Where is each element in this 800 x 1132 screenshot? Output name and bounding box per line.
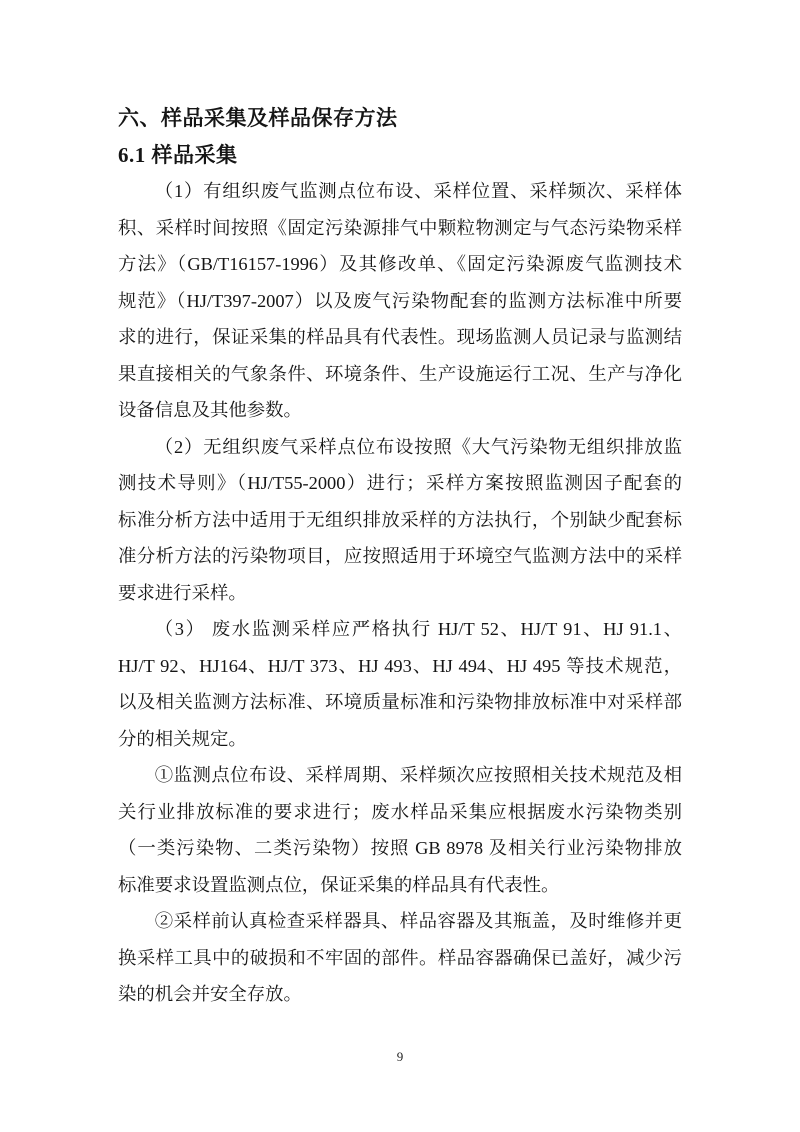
text-line: 以及相关监测方法标准、环境质量标准和污染物排放标准中对采样部 xyxy=(118,684,682,721)
text-line: 要求进行采样。 xyxy=(118,575,682,612)
text-line: HJ/T 92、HJ164、HJ/T 373、HJ 493、HJ 494、HJ … xyxy=(118,648,682,685)
text-line: 设备信息及其他参数。 xyxy=(118,392,682,429)
text-line: （一类污染物、二类污染物）按照 GB 8978 及相关行业污染物排放 xyxy=(118,830,682,867)
text-line: ①监测点位布设、采样周期、采样频次应按照相关技术规范及相 xyxy=(118,757,682,794)
paragraph-5: ②采样前认真检查采样器具、样品容器及其瓶盖，及时维修并更 换采样工具中的破损和不… xyxy=(118,903,682,1013)
text-line: 方法》（GB/T16157-1996）及其修改单、《固定污染源废气监测技术 xyxy=(118,246,682,283)
document-content: 六、样品采集及样品保存方法 6.1 样品采集 （1）有组织废气监测点位布设、采样… xyxy=(118,100,682,1013)
text-line: 染的机会并安全存放。 xyxy=(118,976,682,1013)
text-line: 分的相关规定。 xyxy=(118,721,682,758)
text-line: 标准要求设置监测点位，保证采集的样品具有代表性。 xyxy=(118,867,682,904)
section-heading: 六、样品采集及样品保存方法 xyxy=(118,100,682,137)
page-number: 9 xyxy=(0,1048,800,1066)
text-line: 规范》（HJ/T397-2007）以及废气污染物配套的监测方法标准中所要 xyxy=(118,283,682,320)
text-line: 换采样工具中的破损和不牢固的部件。样品容器确保已盖好，减少污 xyxy=(118,940,682,977)
text-line: 求的进行，保证采集的样品具有代表性。现场监测人员记录与监测结 xyxy=(118,319,682,356)
text-line: ②采样前认真检查采样器具、样品容器及其瓶盖，及时维修并更 xyxy=(118,903,682,940)
paragraph-1: （1）有组织废气监测点位布设、采样位置、采样频次、采样体 积、采样时间按照《固定… xyxy=(118,173,682,429)
paragraph-2: （2）无组织废气采样点位布设按照《大气污染物无组织排放监 测技术导则》（HJ/T… xyxy=(118,429,682,612)
paragraph-4: ①监测点位布设、采样周期、采样频次应按照相关技术规范及相 关行业排放标准的要求进… xyxy=(118,757,682,903)
text-line: 关行业排放标准的要求进行；废水样品采集应根据废水污染物类别 xyxy=(118,794,682,831)
text-line: （1）有组织废气监测点位布设、采样位置、采样频次、采样体 xyxy=(118,173,682,210)
text-line: （3） 废水监测采样应严格执行 HJ/T 52、HJ/T 91、HJ 91.1、 xyxy=(118,611,682,648)
text-line: 果直接相关的气象条件、环境条件、生产设施运行工况、生产与净化 xyxy=(118,356,682,393)
paragraph-3: （3） 废水监测采样应严格执行 HJ/T 52、HJ/T 91、HJ 91.1、… xyxy=(118,611,682,757)
text-line: 准分析方法的污染物项目，应按照适用于环境空气监测方法中的采样 xyxy=(118,538,682,575)
text-line: （2）无组织废气采样点位布设按照《大气污染物无组织排放监 xyxy=(118,429,682,466)
text-line: 标准分析方法中适用于无组织排放采样的方法执行，个别缺少配套标 xyxy=(118,502,682,539)
subsection-heading: 6.1 样品采集 xyxy=(118,137,682,174)
text-line: 积、采样时间按照《固定污染源排气中颗粒物测定与气态污染物采样 xyxy=(118,210,682,247)
text-line: 测技术导则》（HJ/T55-2000）进行；采样方案按照监测因子配套的 xyxy=(118,465,682,502)
document-page: 六、样品采集及样品保存方法 6.1 样品采集 （1）有组织废气监测点位布设、采样… xyxy=(0,0,800,1132)
